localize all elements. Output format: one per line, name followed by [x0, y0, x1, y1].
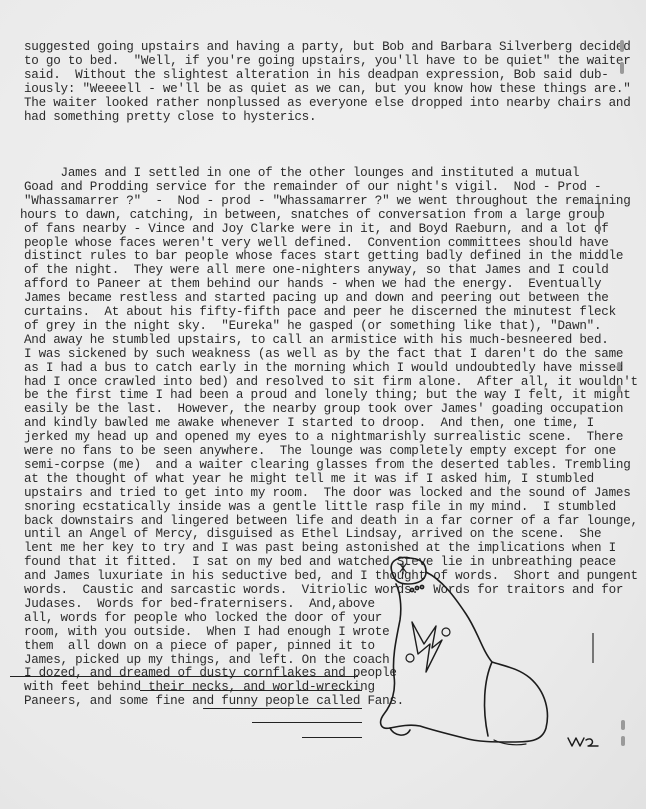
- text-line: "Whassamarrer ?" - Nod - prod - "Whassam…: [24, 194, 631, 208]
- text-line: them all down on a piece of paper, pinne…: [24, 639, 375, 653]
- text-line: had I once crawled into bed) and resolve…: [24, 375, 638, 389]
- edge-mark: [598, 204, 600, 234]
- text-line: people whose faces weren't very well def…: [24, 236, 609, 250]
- text-line: of the night. They were all mere one-nig…: [24, 263, 609, 277]
- text-line: and kindly bawled me awake whenever I st…: [24, 416, 594, 430]
- text-line: Goad and Prodding service for the remain…: [24, 180, 601, 194]
- text-line: of fans nearby - Vince and Joy Clarke we…: [24, 222, 609, 236]
- artist-signature: [568, 738, 598, 746]
- text-line: The waiter looked rather nonplussed as e…: [24, 96, 631, 110]
- text-line: at the thought of what year he might tel…: [24, 472, 594, 486]
- text-line: until an Angel of Mercy, disguised as Et…: [24, 527, 601, 541]
- text-line: James and I settled in one of the other …: [24, 166, 579, 180]
- margin-mark: [620, 62, 624, 74]
- text-line: Judases. Words for bed-fraternisers. And…: [24, 597, 375, 611]
- text-line: I dozed, and dreamed of dusty cornflakes…: [24, 666, 397, 680]
- text-line: suggested going upstairs and having a pa…: [24, 40, 631, 54]
- hood-icon: [391, 558, 426, 584]
- divider-rule: [252, 722, 362, 723]
- text-line: Paneers, and some fine and funny people …: [24, 694, 404, 708]
- text-line: room, with you outside. When I had enoug…: [24, 625, 389, 639]
- text-line: upstairs and tried to get into my room. …: [24, 486, 631, 500]
- divider-rule: [302, 737, 362, 738]
- divider-rule: [203, 708, 362, 709]
- typewritten-page: suggested going upstairs and having a pa…: [0, 0, 646, 809]
- text-line: semi-corpse (me) and a waiter clearing g…: [24, 458, 631, 472]
- divider-rule: [10, 676, 358, 677]
- lightning-icon: [412, 622, 442, 672]
- divider-rule: [140, 690, 362, 691]
- text-line: were no fans to be seen anywhere. The lo…: [24, 444, 616, 458]
- text-line: distinct rules to bar people whose faces…: [24, 249, 623, 263]
- text-line: said. Without the slightest alteration i…: [24, 68, 609, 82]
- text-line: jerked my head up and opened my eyes to …: [24, 430, 623, 444]
- text-line: back downstairs and lingered between lif…: [24, 514, 638, 528]
- text-line: be the first time I had been a proud and…: [24, 388, 631, 402]
- text-line: James became restless and started pacing…: [24, 291, 609, 305]
- text-line: curtains. At about his fifty-fifth pace …: [24, 305, 616, 319]
- margin-mark: [621, 736, 625, 746]
- margin-mark: [617, 385, 621, 393]
- text-line: And away he stumbled upstairs, to call a…: [24, 333, 609, 347]
- seal-illustration: [370, 550, 600, 760]
- text-line: James, picked up my things, and left. On…: [24, 653, 389, 667]
- text-line: afford to Paneer at them behind our hand…: [24, 277, 601, 291]
- text-line: I was sickened by such weakness (as well…: [24, 347, 623, 361]
- text-line: had something pretty close to hysterics.: [24, 110, 316, 124]
- margin-mark: [617, 362, 621, 370]
- margin-mark: [621, 720, 625, 730]
- text-line: hours to dawn, catching, in between, sna…: [20, 208, 605, 222]
- text-line: snoring ecstatically inside was a gentle…: [24, 500, 616, 514]
- text-line: iously: "Weeeell - we'll be as quiet as …: [24, 82, 631, 96]
- text-line: as I had a bus to catch early in the mor…: [24, 361, 623, 375]
- text-line: with feet behind their necks, and world-…: [24, 680, 375, 694]
- margin-mark: [620, 40, 624, 52]
- text-line: all, words for people who locked the doo…: [24, 611, 382, 625]
- text-line: easily be the last. However, the nearby …: [24, 402, 623, 416]
- text-line: of grey in the night sky. "Eureka" he ga…: [24, 319, 601, 333]
- text-line: to go to bed. "Well, if you're going ups…: [24, 54, 631, 68]
